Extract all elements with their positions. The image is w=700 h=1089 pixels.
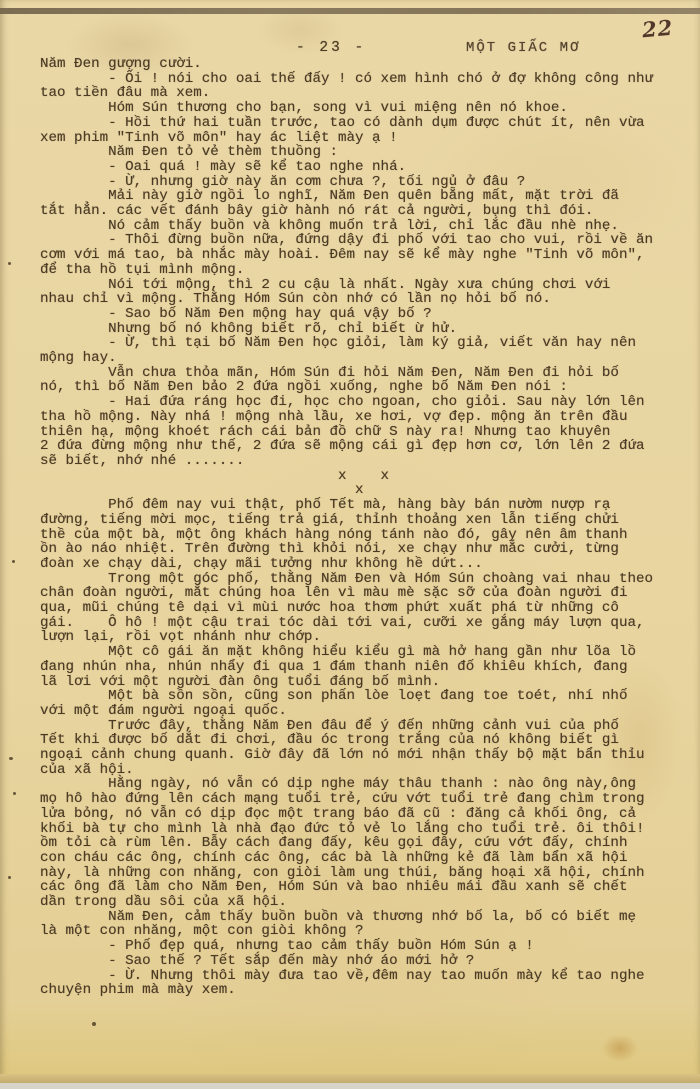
scanned-page: 22 - 23 - MỘT GIẤC MƠ Năm Đen gượng cười…	[0, 0, 700, 1089]
ink-speck	[8, 876, 11, 879]
document-title: MỘT GIẤC MƠ	[466, 40, 580, 56]
ink-speck	[13, 792, 16, 795]
scan-bottom-edge	[0, 1074, 700, 1083]
typewritten-section-2: Phố đêm nay vui thật, phố Tết mà, hàng b…	[40, 498, 690, 998]
ink-speck	[8, 262, 11, 265]
ink-speck	[12, 560, 15, 563]
ink-speck	[9, 757, 13, 760]
scan-bottom-strip	[0, 1083, 700, 1089]
scan-top-edge	[0, 8, 700, 14]
handwritten-page-number: 22	[641, 15, 674, 43]
section-divider: x x x	[40, 469, 690, 498]
typewritten-body: Năm Đen gượng cười. - Ối ! nói cho oai t…	[40, 57, 690, 998]
typewritten-section-1: Năm Đen gượng cười. - Ối ! nói cho oai t…	[40, 57, 690, 469]
typed-page-number: - 23 -	[296, 40, 366, 56]
ink-speck	[92, 1022, 96, 1026]
